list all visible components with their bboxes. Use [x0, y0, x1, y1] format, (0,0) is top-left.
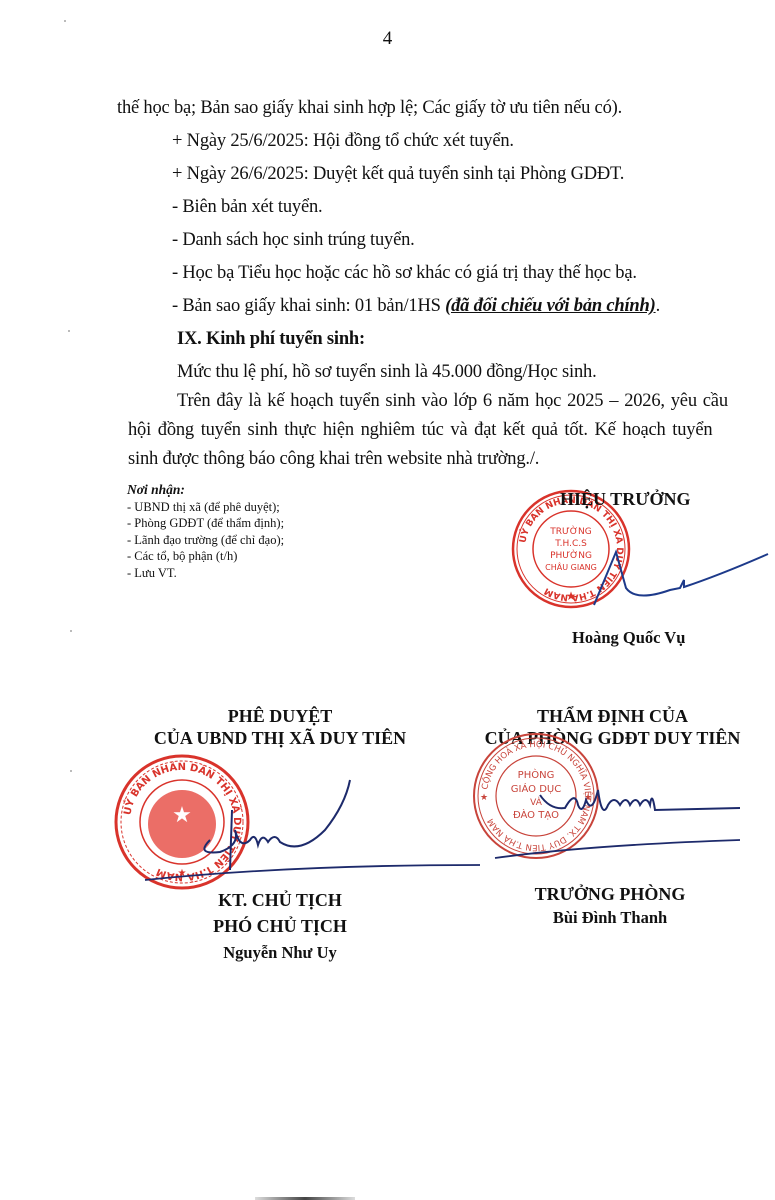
birth-cert-note: (đã đối chiếu với bản chính): [445, 296, 655, 316]
document-item: - Danh sách học sinh trúng tuyển.: [172, 230, 415, 251]
closing-line: hội đồng tuyển sinh thực hiện nghiêm túc…: [128, 420, 712, 441]
approval-name: Nguyễn Như Uy: [120, 943, 440, 963]
appraisal-signature-icon: [490, 760, 750, 870]
svg-text:★: ★: [480, 792, 488, 802]
scan-dot: [70, 770, 72, 772]
birth-cert-suffix: .: [656, 296, 660, 316]
appraisal-name: Bùi Đình Thanh: [450, 908, 770, 928]
approval-role-2: PHÓ CHỦ TỊCH: [120, 916, 440, 937]
principal-name: Hoàng Quốc Vụ: [572, 628, 685, 648]
recipients-block: Nơi nhận: - UBND thị xã (để phê duyệt); …: [127, 482, 284, 581]
document-item: - Học bạ Tiểu học hoặc các hồ sơ khác có…: [172, 263, 637, 284]
approval-title-2: CỦA UBND THỊ XÃ DUY TIÊN: [120, 728, 440, 749]
page-number: 4: [0, 28, 775, 50]
recipient-item: - Lưu VT.: [127, 565, 284, 582]
appraisal-role: TRƯỞNG PHÒNG: [450, 884, 770, 905]
approval-title-1: PHÊ DUYỆT: [120, 706, 440, 727]
schedule-item: + Ngày 25/6/2025: Hội đồng tổ chức xét t…: [172, 131, 514, 152]
appraisal-title-1: THẨM ĐỊNH CỦA: [450, 706, 775, 727]
body-line-continuation: thế học bạ; Bản sao giấy khai sinh hợp l…: [117, 98, 622, 119]
schedule-item: + Ngày 26/6/2025: Duyệt kết quả tuyển si…: [172, 164, 624, 185]
document-item-birth-cert: - Bản sao giấy khai sinh: 01 bản/1HS (đã…: [172, 296, 660, 317]
recipient-item: - Lãnh đạo trường (để chỉ đạo);: [127, 532, 284, 549]
approval-role-1: KT. CHỦ TỊCH: [120, 890, 440, 911]
closing-line: sinh được thông báo công khai trên websi…: [128, 449, 539, 470]
scan-dot: [68, 330, 70, 332]
document-item: - Biên bản xét tuyển.: [172, 197, 322, 218]
recipients-title: Nơi nhận:: [127, 482, 284, 499]
fee-line: Mức thu lệ phí, hồ sơ tuyển sinh là 45.0…: [177, 362, 597, 383]
closing-line: Trên đây là kế hoạch tuyển sinh vào lớp …: [177, 391, 728, 412]
principal-signature-icon: [580, 540, 770, 610]
recipient-item: - Phòng GDĐT (để thẩm định);: [127, 515, 284, 532]
scan-dot: [64, 20, 66, 22]
birth-cert-text: - Bản sao giấy khai sinh: 01 bản/1HS: [172, 296, 445, 316]
svg-text:★: ★: [566, 589, 577, 603]
svg-text:TRƯỜNG: TRƯỜNG: [549, 525, 591, 537]
scan-dot: [70, 630, 72, 632]
section-ix-heading: IX. Kinh phí tuyển sinh:: [177, 329, 365, 350]
principal-title: HIỆU TRƯỞNG: [560, 489, 691, 510]
recipient-item: - UBND thị xã (để phê duyệt);: [127, 499, 284, 516]
recipient-item: - Các tổ, bộ phận (t/h): [127, 548, 284, 565]
